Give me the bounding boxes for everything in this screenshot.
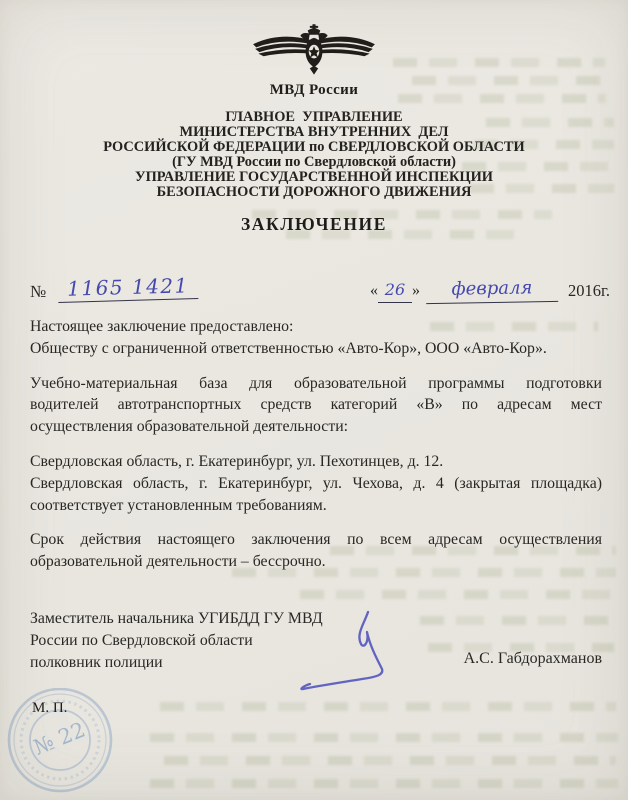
year-text: 2016г. xyxy=(568,279,610,303)
signatory-title: Заместитель начальника УГИБДД ГУ МВД Рос… xyxy=(30,608,400,674)
letterhead: ГЛАВНОЕ УПРАВЛЕНИЕ МИНИСТЕРСТВА ВНУТРЕНН… xyxy=(0,110,628,201)
body-line: Настоящее заключение предоставлено: xyxy=(30,316,602,338)
letterhead-line: МИНИСТЕРСТВА ВНУТРЕННИХ ДЕЛ xyxy=(0,125,628,140)
letterhead-line: УПРАВЛЕНИЕ ГОСУДАРСТВЕННОЙ ИНСПЕКЦИИ xyxy=(0,170,628,185)
body-line: Свердловская область, г. Екатеринбург, у… xyxy=(30,473,602,495)
bleed-through-streak xyxy=(164,756,616,765)
signatory-name: А.С. Габдорахманов xyxy=(464,648,602,670)
bleed-through-streak xyxy=(150,779,618,788)
letterhead-line: БЕЗОПАСНОСТИ ДОРОЖНОГО ДВИЖЕНИЯ xyxy=(0,185,628,200)
body-line: осуществления образовательной деятельнос… xyxy=(30,416,602,438)
scanned-document-page: МВД России ГЛАВНОЕ УПРАВЛЕНИЕ МИНИСТЕРСТ… xyxy=(0,0,628,800)
signatory-title-line: Заместитель начальника УГИБДД ГУ МВД xyxy=(30,608,400,630)
signatory-title-line: полковник полиции xyxy=(30,652,400,674)
date-field: « 26 » февраля 2016г. xyxy=(370,278,610,303)
signatory-title-line: России по Свердловской области xyxy=(30,630,400,652)
body-line: соответствует установленным требованиям. xyxy=(30,495,602,517)
body-line: образовательной деятельности – бессрочно… xyxy=(30,551,602,573)
body-line: Срок действия настоящего заключения по в… xyxy=(30,529,602,551)
bleed-through-streak xyxy=(160,702,616,711)
body-line: Учебно-материальная база для образовател… xyxy=(30,373,602,395)
letterhead-line: ГЛАВНОЕ УПРАВЛЕНИЕ xyxy=(0,110,628,125)
number-date-row: № 1165 1421 « 26 » февраля 2016г. xyxy=(30,278,612,312)
emblem-caption: МВД России xyxy=(0,82,628,99)
signature-block: Заместитель начальника УГИБДД ГУ МВД Рос… xyxy=(30,608,602,674)
body-line: Свердловская область, г. Екатеринбург, у… xyxy=(30,451,602,473)
bleed-through-streak xyxy=(393,58,605,67)
document-title: ЗАКЛЮЧЕНИЕ xyxy=(0,214,628,235)
handwritten-number: 1165 1421 xyxy=(67,273,189,300)
letterhead-line: РОССИЙСКОЙ ФЕДЕРАЦИИ по СВЕРДЛОВСКОЙ ОБЛ… xyxy=(0,140,628,155)
stamp-number: № 22 xyxy=(30,718,88,760)
open-quote: « xyxy=(370,279,378,303)
stamp-place-label: М. П. xyxy=(32,700,67,717)
close-quote: » xyxy=(412,279,420,303)
number-label: № xyxy=(30,282,46,302)
handwritten-month: февраля xyxy=(426,277,558,304)
body-line: Обществу с ограниченной ответственностью… xyxy=(30,338,602,360)
number-field: 1165 1421 xyxy=(58,272,199,303)
bleed-through-streak xyxy=(300,590,616,599)
bleed-through-streak xyxy=(150,733,618,742)
handwritten-day: 26 xyxy=(378,278,412,303)
mvd-eagle-emblem-icon xyxy=(251,24,377,77)
body-line: водителей автотранспортных средств катег… xyxy=(30,394,602,416)
document-body: Настоящее заключение предоставлено: Обще… xyxy=(30,316,602,573)
